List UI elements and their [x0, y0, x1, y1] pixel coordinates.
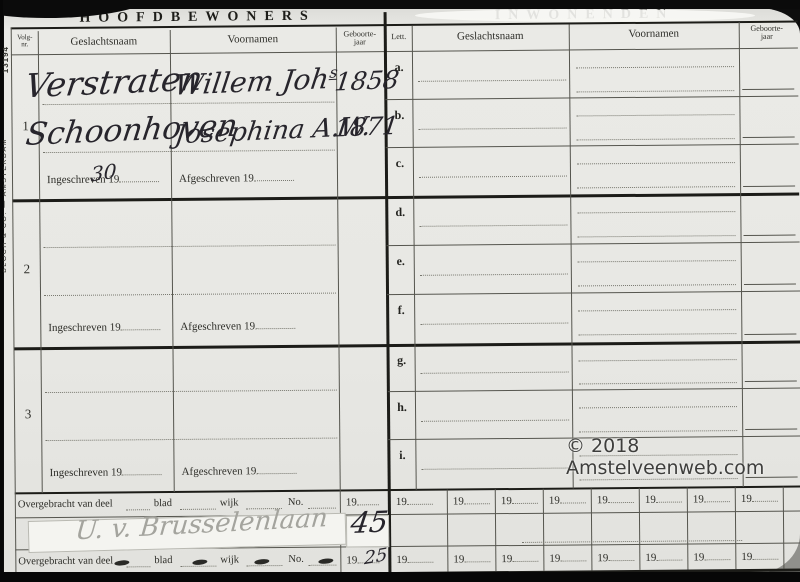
row-letter: i. — [391, 448, 413, 463]
writing-line — [742, 89, 794, 90]
dotted-leader — [121, 320, 161, 330]
dotted-leader — [119, 172, 159, 182]
writing-line — [578, 259, 736, 262]
scan-edge-top — [0, 0, 800, 9]
dotted-leader — [704, 492, 730, 502]
year-prefix: 19 — [597, 552, 608, 564]
dotted-leader — [656, 493, 682, 503]
dotted-leader — [126, 508, 150, 510]
year-cell: 19 — [453, 494, 490, 507]
writing-line — [421, 371, 569, 374]
dotted-leader — [464, 494, 490, 504]
writing-line — [418, 79, 566, 82]
afgeschreven-text: Afgeschreven 19 — [180, 320, 255, 333]
ingeschreven-label: Ingeschreven 19 — [50, 465, 162, 479]
volgnr-line2: nr. — [21, 40, 28, 48]
year-cell: 19 — [453, 552, 490, 565]
dotted-leader — [256, 464, 296, 474]
divider — [387, 291, 800, 296]
writing-line — [577, 210, 735, 213]
scan-edge-left — [0, 0, 3, 582]
dotted-leader — [560, 493, 586, 503]
column-header-lett: Lett. — [386, 33, 412, 41]
divider — [447, 490, 449, 572]
year-cell: 19 — [501, 552, 538, 565]
writing-line — [421, 419, 569, 422]
writing-line — [419, 224, 567, 227]
no-label: No. — [288, 554, 304, 565]
divider — [783, 487, 785, 569]
dotted-leader — [608, 493, 634, 503]
page-curl-highlight — [415, 9, 755, 22]
column-header-volgnr: Volg- nr. — [12, 34, 38, 48]
ingeschreven-label: Ingeschreven 19 — [48, 320, 160, 334]
year-cell: 19 — [693, 492, 730, 505]
year-cell: 19 — [645, 551, 682, 564]
writing-line — [44, 244, 336, 249]
year-prefix: 19 — [597, 494, 608, 506]
year-prefix: 19 — [453, 553, 464, 565]
writing-line — [743, 137, 795, 138]
divider — [412, 26, 417, 490]
voornamen-text: Willem Joh — [173, 62, 331, 102]
year-prefix: 19 — [549, 495, 560, 507]
overgebracht-label: Overgebracht van deel — [18, 499, 113, 511]
column-header-voornamen: Voornamen — [569, 27, 739, 40]
writing-line — [576, 113, 734, 116]
volgnr-value: 2 — [16, 261, 38, 277]
writing-line — [743, 186, 795, 187]
writing-line — [578, 332, 736, 335]
writing-line — [744, 334, 796, 335]
year-cell: 19 — [741, 550, 778, 563]
wijk-label: wijk — [220, 554, 239, 565]
year-cell: 19 — [501, 494, 538, 507]
wijk-label: wijk — [220, 497, 239, 508]
year-cell: 19 — [396, 495, 433, 508]
writing-line — [45, 389, 337, 394]
dotted-leader — [122, 465, 162, 475]
afgeschreven-text: Afgeschreven 19 — [182, 465, 257, 478]
writing-line — [579, 358, 737, 361]
blad-label: blad — [154, 498, 172, 509]
year-prefix: 19 — [501, 553, 512, 565]
divider — [569, 25, 574, 489]
writing-line — [579, 405, 737, 408]
column-header-geboortejaar: Geboorte- jaar — [336, 30, 384, 46]
writing-line — [745, 429, 797, 430]
afgeschreven-label: Afgeschreven 19 — [180, 319, 295, 333]
writing-line — [419, 175, 567, 178]
geboortejaar-line2: jaar — [354, 37, 366, 46]
dotted-leader — [407, 553, 433, 563]
row-letter: g. — [391, 353, 413, 368]
year-prefix: 19 — [453, 495, 464, 507]
writing-line — [579, 381, 737, 384]
dotted-leader — [357, 495, 379, 505]
divider — [15, 486, 800, 495]
dotted-leader — [656, 551, 682, 561]
row-letter: b. — [388, 108, 410, 123]
divider — [387, 242, 800, 247]
year-prefix: 19 — [693, 493, 704, 505]
dotted-leader — [126, 565, 150, 567]
divider — [639, 488, 641, 570]
writing-line — [44, 292, 336, 297]
divider — [591, 488, 593, 570]
overgebracht-label: Overgebracht van deel — [18, 556, 113, 568]
row-letter: d. — [389, 205, 411, 220]
divider — [687, 487, 689, 569]
dotted-leader — [512, 552, 538, 562]
row-letter: e. — [390, 254, 412, 269]
year-prefix: 19 — [741, 551, 752, 563]
ingeschreven-text: Ingeschreven 19 — [50, 466, 122, 479]
year-cell: 19 — [549, 551, 586, 564]
year-prefix: 19 — [396, 496, 407, 508]
writing-line — [578, 234, 736, 237]
divider — [735, 487, 737, 569]
column-header-geslachtsnaam: Geslachtsnaam — [412, 30, 569, 43]
handwritten-house-number: 45 — [349, 504, 391, 540]
row-letter: a. — [388, 60, 410, 75]
afgeschreven-label: Afgeschreven 19 — [179, 171, 294, 185]
divider — [495, 489, 497, 571]
writing-line — [744, 235, 796, 236]
dotted-leader — [560, 551, 586, 561]
year-cell: 19 — [645, 493, 682, 506]
writing-line — [577, 161, 735, 164]
writing-line — [422, 467, 570, 470]
scanned-register-card: 13194 BLOCH & CO. — AMSTERDAM HOOFDBEWON… — [0, 0, 800, 582]
divider — [386, 144, 799, 149]
dotted-leader — [752, 550, 778, 560]
writing-line — [576, 89, 734, 92]
divider — [388, 388, 800, 393]
divider — [12, 193, 799, 203]
dotted-leader — [255, 319, 295, 329]
geboortejaar-line2: jaar — [761, 32, 773, 41]
dotted-leader — [752, 492, 778, 502]
year-cell: 19 — [693, 550, 730, 563]
writing-line — [45, 437, 337, 442]
year-cell: 19 — [597, 493, 634, 506]
volgnr-value: 3 — [17, 406, 39, 422]
divider — [543, 489, 545, 571]
year-prefix: 19 — [549, 553, 560, 565]
dotted-leader — [254, 171, 294, 181]
dotted-leader — [704, 550, 730, 560]
writing-line — [420, 273, 568, 276]
writing-line — [578, 308, 736, 311]
year-cell: 19 — [396, 553, 433, 566]
divider — [739, 22, 744, 487]
blad-label: blad — [154, 555, 172, 566]
year-prefix: 19 — [396, 554, 407, 566]
divider — [385, 96, 798, 101]
ingeschreven-text: Ingeschreven 19 — [48, 321, 120, 334]
handwritten-voornamen: Willem Johs — [173, 62, 339, 102]
dotted-leader — [608, 551, 634, 561]
copyright-watermark: © 2018 Amstelveenweb.com — [566, 435, 800, 479]
year-prefix: 19 — [645, 552, 656, 564]
column-header-geslachtsnaam: Geslachtsnaam — [38, 35, 170, 48]
row-letter: f. — [390, 303, 412, 318]
writing-line — [577, 137, 735, 140]
year-cell: 19 — [597, 551, 634, 564]
afgeschreven-text: Afgeschreven 19 — [179, 172, 254, 185]
column-header-geboortejaar: Geboorte- jaar — [739, 25, 795, 41]
writing-line — [744, 284, 796, 285]
dotted-leader — [464, 552, 490, 562]
dotted-leader — [407, 495, 433, 505]
divider — [13, 341, 800, 351]
year-prefix: 19 — [693, 551, 704, 563]
writing-line — [745, 381, 797, 382]
writing-line — [576, 65, 734, 68]
form-table: HOOFDBEWONERS INWONENDEN Volg- nr. Gesla… — [0, 0, 800, 582]
row-letter: c. — [389, 156, 411, 171]
scan-edge-bottom — [0, 572, 800, 582]
year-prefix: 19 — [501, 495, 512, 507]
writing-line — [420, 322, 568, 325]
writing-line — [419, 127, 567, 130]
dotted-leader — [180, 565, 216, 567]
writing-line — [577, 185, 735, 188]
handwritten-transfer-year: 25 — [364, 544, 388, 569]
center-divider — [384, 12, 392, 572]
year-prefix: 19 — [645, 494, 656, 506]
divider — [11, 27, 17, 575]
year-cell: 19 — [741, 492, 778, 505]
column-header-voornamen: Voornamen — [170, 33, 336, 46]
year-cell: 19 — [549, 493, 586, 506]
writing-line — [578, 283, 736, 286]
dotted-leader — [246, 564, 282, 566]
year-prefix: 19 — [346, 554, 357, 566]
writing-line — [579, 429, 737, 432]
dotted-leader — [512, 494, 538, 504]
divider — [11, 48, 798, 56]
row-letter: h. — [391, 400, 413, 415]
handwritten-ingeschreven-year: 30 — [90, 159, 116, 187]
year-prefix: 19 — [741, 493, 752, 505]
afgeschreven-label: Afgeschreven 19 — [182, 464, 297, 478]
